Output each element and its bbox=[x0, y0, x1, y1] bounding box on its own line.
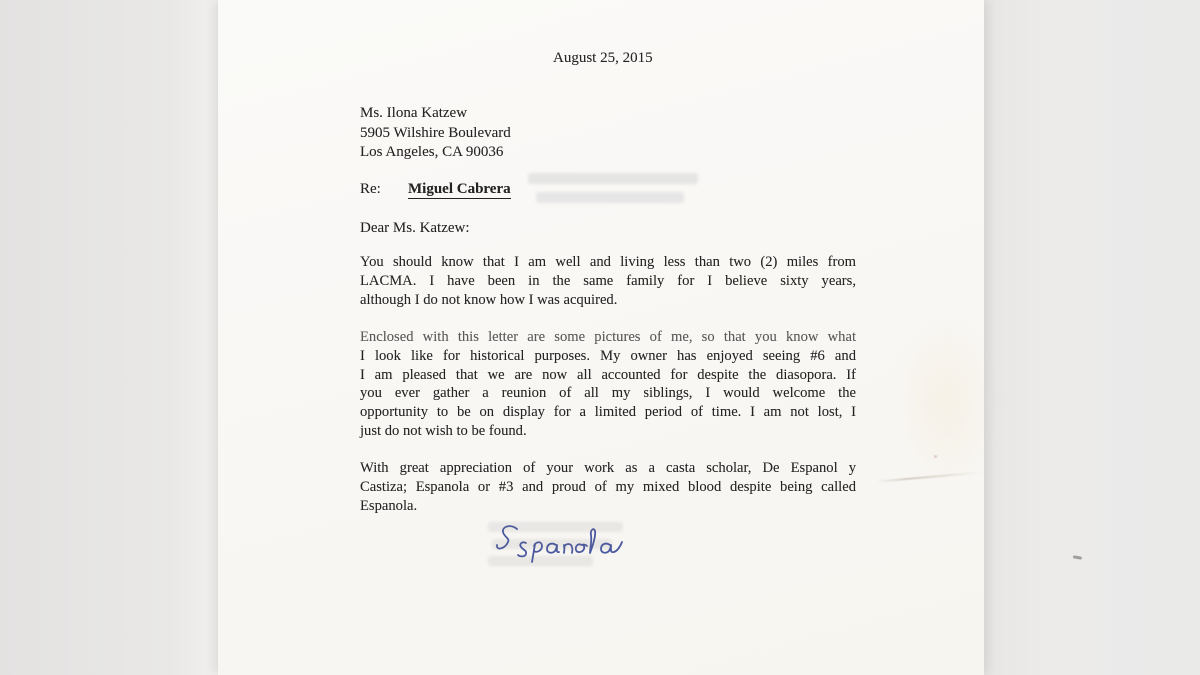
reference-subject: Miguel Cabrera bbox=[408, 181, 511, 199]
body-paragraph-2: Enclosed with this letter are some pictu… bbox=[360, 329, 856, 442]
letter-line: opportunity to be on display for a limit… bbox=[360, 404, 856, 423]
paper-discoloration bbox=[896, 318, 996, 483]
recipient-street: 5905 Wilshire Boulevard bbox=[360, 124, 511, 144]
letter-line: I am pleased that we are now all account… bbox=[360, 367, 856, 386]
letter-line: just do not wish to be found. bbox=[360, 423, 856, 442]
reference-line: Re:Miguel Cabrera bbox=[360, 181, 511, 198]
body-paragraph-3: With great appreciation of your work as … bbox=[360, 460, 856, 516]
letter-line: Enclosed with this letter are some pictu… bbox=[360, 329, 856, 348]
letter-line: With great appreciation of your work as … bbox=[360, 460, 856, 479]
body-paragraph-1: You should know that I am well and livin… bbox=[360, 254, 856, 310]
bleed-through-smudge bbox=[536, 192, 684, 203]
letter-date: August 25, 2015 bbox=[553, 50, 653, 67]
letter-line: LACMA. I have been in the same family fo… bbox=[360, 273, 856, 292]
letter-line: You should know that I am well and livin… bbox=[360, 254, 856, 273]
reference-label: Re: bbox=[360, 181, 408, 198]
letter-paper: August 25, 2015 Ms. Ilona Katzew 5905 Wi… bbox=[218, 0, 984, 675]
background-surface-left bbox=[0, 0, 218, 675]
background-surface-right bbox=[984, 0, 1200, 675]
bleed-through-smudge bbox=[528, 173, 698, 184]
salutation: Dear Ms. Katzew: bbox=[360, 220, 470, 237]
letter-line: although I do not know how I was acquire… bbox=[360, 292, 856, 311]
background-dot bbox=[934, 455, 937, 458]
letter-line: I look like for historical purposes. My … bbox=[360, 348, 856, 367]
letter-line: you ever gather a reunion of all my sibl… bbox=[360, 385, 856, 404]
bleed-through-smudge bbox=[492, 539, 612, 549]
letter-line: Espanola. bbox=[360, 498, 856, 517]
letter-line: Castiza; Espanola or #3 and proud of my … bbox=[360, 479, 856, 498]
recipient-address: Ms. Ilona Katzew 5905 Wilshire Boulevard… bbox=[360, 104, 511, 163]
bleed-through-smudge bbox=[488, 556, 593, 566]
bleed-through-smudge bbox=[488, 522, 623, 532]
recipient-name: Ms. Ilona Katzew bbox=[360, 104, 511, 124]
recipient-city: Los Angeles, CA 90036 bbox=[360, 143, 511, 163]
